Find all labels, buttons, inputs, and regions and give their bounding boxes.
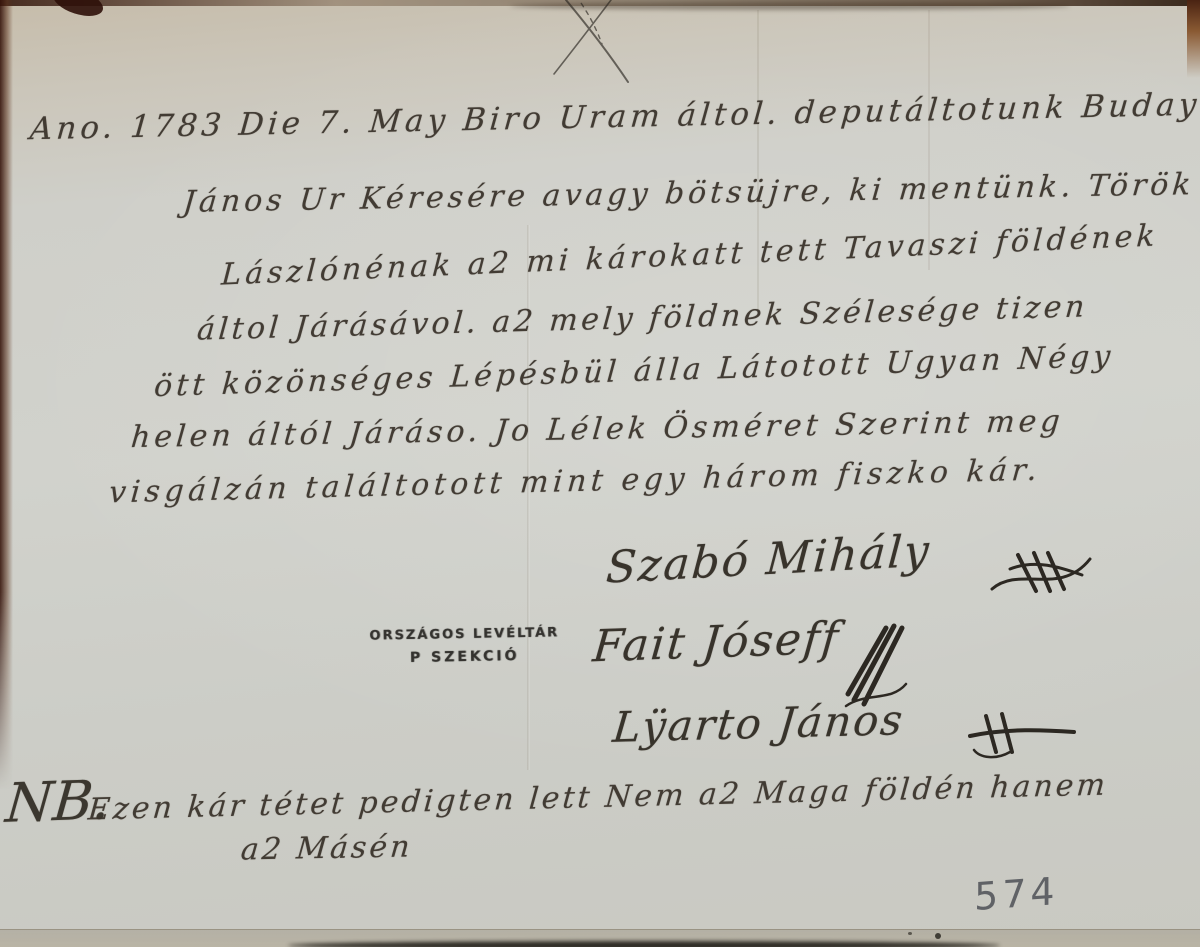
stamp-line-2: P SZEKCIÓ (357, 647, 572, 667)
ink-dot (935, 933, 941, 939)
body-line-7: visgálzán találtotott mint egy három fis… (108, 453, 1043, 511)
page-number: 574 (974, 869, 1058, 919)
signature-lyarto-janos: Lÿarto János (611, 695, 907, 752)
stamp-line-1: ORSZÁGOS LEVÉLTÁR (357, 625, 572, 644)
signature-mark-icon (990, 545, 1094, 603)
body-line-6: helen áltól Járáso. Jo Lélek Ösméret Sze… (130, 404, 1066, 455)
body-line-5: ött közönséges Lépésbül álla Látotott Ug… (153, 339, 1115, 404)
body-line-2: János Ur Kéresére avagy bötsüjre, ki men… (182, 167, 1197, 220)
archive-stamp: ORSZÁGOS LEVÉLTÁR P SZEKCIÓ (357, 625, 573, 667)
manuscript-photo: Ano. 1783 Die 7. May Biro Uram áltol. de… (0, 0, 1200, 947)
signature-fait-josef: Fait Jóseff (591, 613, 842, 673)
table-edge (0, 0, 13, 790)
signature-szabo-mihaly: Szabó Mihály (604, 525, 932, 593)
table-edge (50, 0, 107, 21)
body-line-4: áltol Járásávol. a2 mely földnek Szélesé… (196, 289, 1089, 347)
pencil-cross-icon (536, 0, 646, 86)
note-line-1: Ezen kár tétet pedigten lett Nem a2 Maga… (87, 767, 1110, 827)
body-line-1: Ano. 1783 Die 7. May Biro Uram áltol. de… (29, 87, 1200, 148)
body-line-3: Lászlónénak a2 mi károkatt tett Tavaszi … (220, 218, 1159, 292)
signature-mark-icon (966, 706, 1078, 762)
note-line-2: a2 Másén (239, 829, 414, 867)
cutoff-text-streak (288, 941, 1000, 947)
table-edge (1187, 0, 1200, 78)
ink-dot (908, 932, 912, 935)
